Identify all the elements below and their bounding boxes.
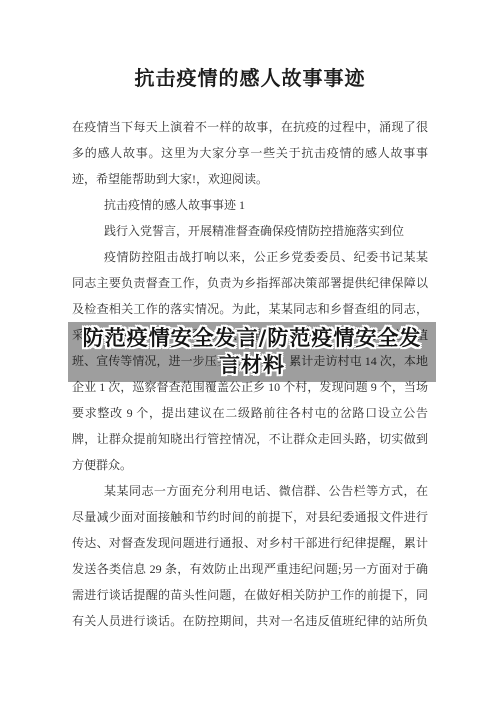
- body-line: 及检查相关工作的落实情况。为此，某某同志和乡督查组的同志，: [72, 296, 428, 322]
- body-line: 同志主要负责督查工作，负责为乡指挥部决策部署提供纪律保障以: [72, 270, 428, 296]
- watermark-text-line2: 言材料: [68, 352, 436, 379]
- body-line: 抗击疫情的感人故事事迹 1: [72, 192, 428, 218]
- body-line: 某某同志一方面充分利用电话、微信群、公告栏等方式，在: [72, 478, 428, 504]
- body-line: 迹，希望能帮助到大家!，欢迎阅读。: [72, 166, 428, 192]
- body-line: 传达、对督查发现问题进行通报、对乡村干部进行纪律提醒，累计: [72, 530, 428, 556]
- watermark-overlay: 防范疫情安全发言/防范疫情安全发 言材料: [68, 322, 436, 382]
- body-line: 有关人员进行谈话。在防控期间，共对一名违反值班纪律的站所负: [72, 608, 428, 634]
- body-line: 要求整改 9 个，提出建议在二级路前往各村屯的岔路口设立公告: [72, 400, 428, 426]
- body-line: 多的感人故事。这里为大家分享一些关于抗击疫情的感人故事事: [72, 140, 428, 166]
- body-line: 疫情防控阻击战打响以来，公正乡党委委员、纪委书记某某: [72, 244, 428, 270]
- document-title: 抗击疫情的感人故事事迹: [0, 62, 500, 91]
- body-line: 践行入党誓言，开展精准督查确保疫情防控措施落实到位: [72, 218, 428, 244]
- body-line: 发送各类信息 29 条，有效防止出现严重违纪问题;另一方面对于确: [72, 556, 428, 582]
- body-line: 牌，让群众提前知晓出行管控情况，不让群众走回头路，切实做到: [72, 426, 428, 452]
- body-line: 方便群众。: [72, 452, 428, 478]
- watermark-text-line1: 防范疫情安全发言/防范疫情安全发: [68, 325, 436, 352]
- body-line: 尽量减少面对面接触和节约时间的前提下，对县纪委通报文件进行: [72, 504, 428, 530]
- body-line: 在疫情当下每天上演着不一样的故事，在抗疫的过程中，涌现了很: [72, 114, 428, 140]
- body-line: 需进行谈话提醒的苗头性问题，在做好相关防护工作的前提下，同: [72, 582, 428, 608]
- document-page: 抗击疫情的感人故事事迹 在疫情当下每天上演着不一样的故事，在抗疫的过程中，涌现了…: [0, 0, 500, 706]
